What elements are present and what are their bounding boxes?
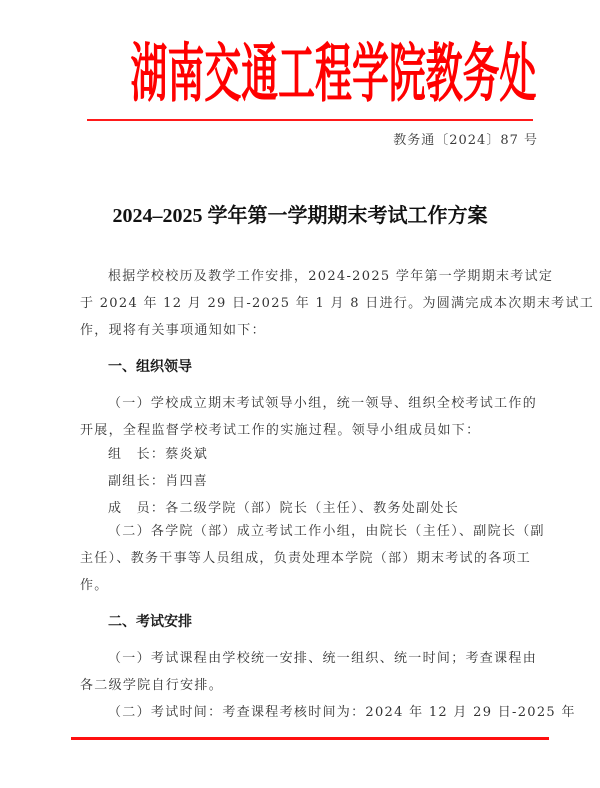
- leadership-members-list: 组 长：蔡炎斌 副组长：肖四喜 成 员：各二级学院（部）院长（主任）、教务处副处…: [80, 441, 540, 522]
- masthead-title: 湖南交通工程学院教务处: [131, 20, 537, 128]
- masthead-red-rule: [87, 119, 533, 121]
- section2-item2-paragraph: （二）考试时间：考查课程考核时间为：2024 年 12 月 29 日-2025 …: [80, 699, 540, 726]
- member-name: 各二级学院（部）院长（主任）、教务处副处长: [165, 501, 459, 516]
- masthead: 湖南交通工程学院教务处: [86, 36, 536, 112]
- document-title: 2024–2025 学年第一学期期末考试工作方案: [0, 203, 600, 229]
- paragraph-line: 开展，全程监督学校考试工作的实施过程。领导小组成员如下：: [80, 417, 540, 444]
- intro-paragraph: 根据学校校历及教学工作安排，2024-2025 学年第一学期期末考试定 于 20…: [80, 263, 540, 344]
- paragraph-line: （二）各学院（部）成立考试工作小组，由院长（主任）、副院长（副: [80, 518, 540, 545]
- document-page: 湖南交通工程学院教务处 教务通〔2024〕87 号 2024–2025 学年第一…: [0, 0, 600, 788]
- section1-item1-paragraph: （一）学校成立期末考试领导小组，统一领导、组织全校考试工作的 开展，全程监督学校…: [80, 390, 540, 444]
- section2-item1-paragraph: （一）考试课程由学校统一安排、统一组织、统一时间；考查课程由 各二级学院自行安排…: [80, 645, 540, 699]
- member-row-leader: 组 长：蔡炎斌: [80, 441, 540, 468]
- intro-line: 作，现将有关事项通知如下：: [80, 317, 540, 344]
- member-role: 成 员：: [108, 501, 165, 516]
- footer-red-rule: [71, 737, 549, 740]
- member-role: 组 长：: [108, 447, 165, 462]
- member-row-deputy: 副组长：肖四喜: [80, 468, 540, 495]
- paragraph-line: （一）考试课程由学校统一安排、统一组织、统一时间；考查课程由: [80, 645, 540, 672]
- intro-line: 于 2024 年 12 月 29 日-2025 年 1 月 8 日进行。为圆满完…: [80, 290, 540, 317]
- paragraph-line: （一）学校成立期末考试领导小组，统一领导、组织全校考试工作的: [80, 390, 540, 417]
- document-number: 教务通〔2024〕87 号: [393, 132, 538, 150]
- member-name: 肖四喜: [165, 474, 208, 489]
- intro-line: 根据学校校历及教学工作安排，2024-2025 学年第一学期期末考试定: [80, 263, 540, 290]
- section1-item2-paragraph: （二）各学院（部）成立考试工作小组，由院长（主任）、副院长（副 主任）、教务干事…: [80, 518, 540, 599]
- member-role: 副组长：: [108, 474, 165, 489]
- paragraph-line: 各二级学院自行安排。: [80, 672, 540, 699]
- section-heading-organization: 一、组织领导: [108, 357, 192, 377]
- paragraph-line: （二）考试时间：考查课程考核时间为：2024 年 12 月 29 日-2025 …: [80, 699, 540, 726]
- paragraph-line: 主任）、教务干事等人员组成，负责处理本学院（部）期末考试的各项工: [80, 545, 540, 572]
- paragraph-line: 作。: [80, 572, 540, 599]
- member-name: 蔡炎斌: [165, 447, 208, 462]
- section-heading-exam-arrangement: 二、考试安排: [108, 612, 192, 632]
